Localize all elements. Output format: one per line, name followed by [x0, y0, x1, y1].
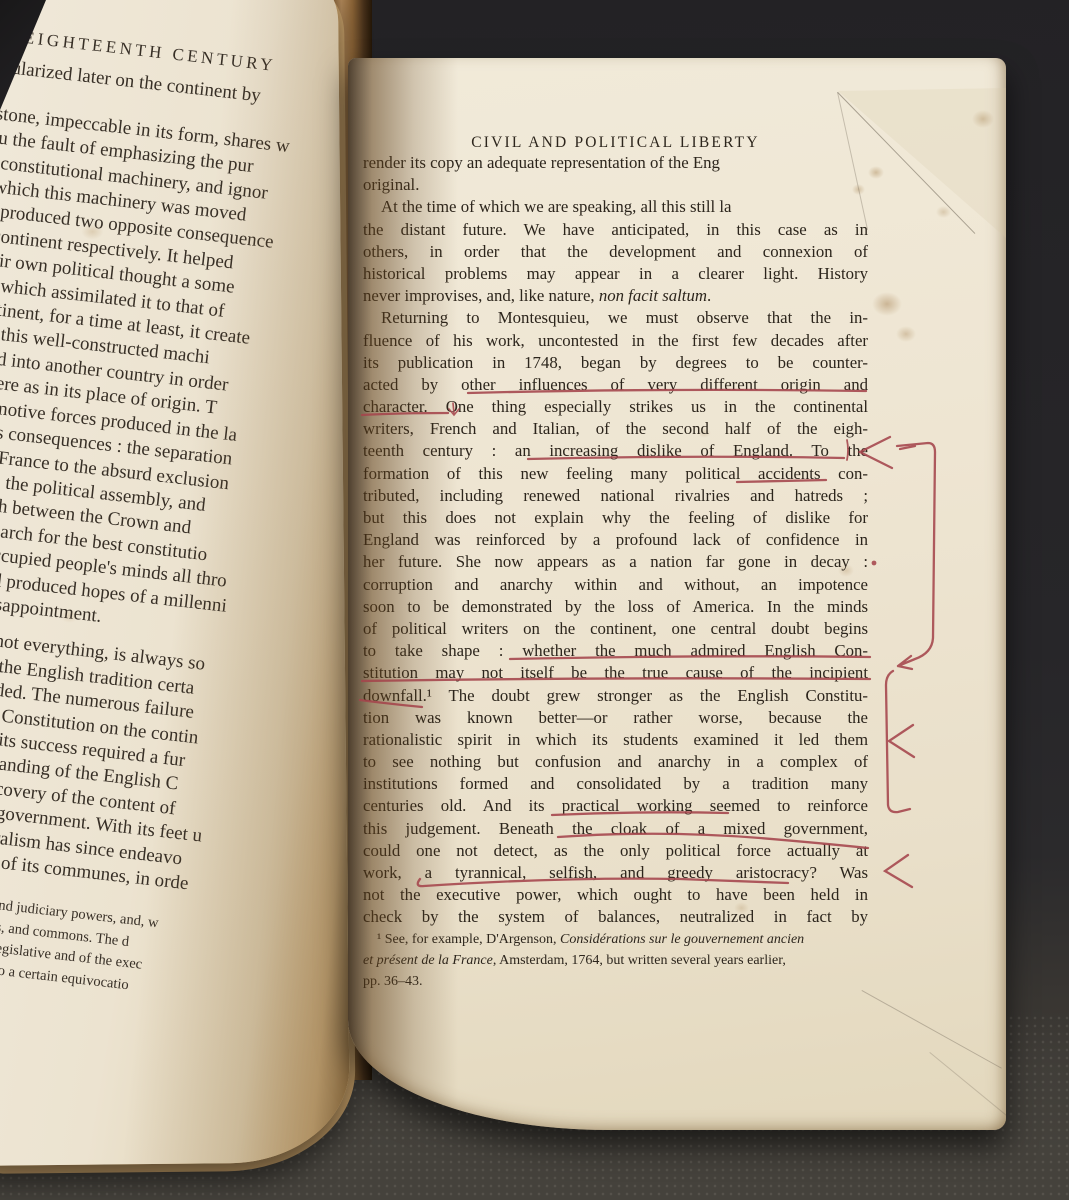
left-page-text: HE EIGHTEENTH CENTURY popularized later …	[0, 22, 350, 1038]
text-line: formation of this new feeling many polit…	[363, 463, 868, 485]
text-line: Returning to Montesquieu, we must observ…	[363, 307, 868, 329]
text-line: render its copy an adequate representati…	[363, 152, 868, 174]
text-line: character. One thing especially strikes …	[363, 396, 868, 418]
text-line: downfall.¹ The doubt grew stronger as th…	[363, 685, 868, 707]
right-footnote: ¹ See, for example, D'Argenson, Considér…	[363, 930, 868, 992]
foxing-stain	[936, 206, 951, 218]
right-page-text: render its copy an adequate representati…	[363, 152, 868, 929]
text-line: the distant future. We have anticipated,…	[363, 219, 868, 241]
text-line: check by the system of balances, neutral…	[363, 906, 868, 928]
text-line: institutions formed and consolidated by …	[363, 773, 868, 795]
text-segment: .	[707, 286, 711, 305]
text-line: its publication in 1748, began by degree…	[363, 352, 868, 374]
text-line: not the executive power, which ought to …	[363, 884, 868, 906]
text-segment: non facit saltum	[599, 286, 707, 305]
text-segment: Considérations sur le gouvernement ancie…	[560, 932, 804, 947]
text-line: centuries old. And its practical working…	[363, 795, 868, 817]
text-line: to take shape : whether the much admired…	[363, 640, 868, 662]
text-line: writers, French and Italian, of the seco…	[363, 418, 868, 440]
text-segment: never improvises, and, like nature,	[363, 286, 599, 305]
text-line: tributed, including renewed national riv…	[363, 485, 868, 507]
foxing-stain	[972, 110, 994, 128]
footnote-line: pp. 36–43.	[363, 972, 868, 993]
text-line: but this does not explain why the feelin…	[363, 507, 868, 529]
corner-crease	[929, 1052, 1006, 1117]
text-segment: , Amsterdam, 1764, but written several y…	[493, 953, 786, 968]
text-line: of political writers on the continent, o…	[363, 618, 868, 640]
right-page: CIVIL AND POLITICAL LIBERTY render its c…	[348, 58, 1006, 1130]
text-segment: et présent de la France	[363, 953, 493, 968]
text-line: stitution may not itself be the true cau…	[363, 662, 868, 684]
text-line: England was reinforced by a profound lac…	[363, 529, 868, 551]
text-line: soon to be demonstrated by the loss of A…	[363, 596, 868, 618]
text-line: historical problems may appear in a clea…	[363, 263, 868, 285]
text-line: this judgement. Beneath the cloak of a m…	[363, 818, 868, 840]
text-line: teenth century : an increasing dislike o…	[363, 440, 868, 462]
text-line: tion was known better—or rather worse, b…	[363, 707, 868, 729]
foxing-stain	[868, 166, 884, 179]
text-segment: ¹ See, for example, D'Argenson,	[377, 932, 560, 947]
footnote-line: ¹ See, for example, D'Argenson, Considér…	[363, 930, 868, 951]
text-line: corruption and anarchy within and withou…	[363, 574, 868, 596]
text-line: rationalistic spirit in which its studen…	[363, 729, 868, 751]
corner-crease	[861, 990, 1001, 1069]
foxing-stain	[872, 292, 902, 316]
text-line: her future. She now appears as a nation …	[363, 551, 868, 573]
text-line: could one not detect, as the only politi…	[363, 840, 868, 862]
text-line: others, in order that the development an…	[363, 241, 868, 263]
text-line: never improvises, and, like nature, non …	[363, 285, 868, 307]
right-running-header: CIVIL AND POLITICAL LIBERTY	[363, 134, 868, 152]
foxing-stain	[896, 326, 916, 342]
text-line: fluence of his work, uncontested in the …	[363, 330, 868, 352]
text-line: work, a tyrannical, selfish, and greedy …	[363, 862, 868, 884]
footnote-line: et présent de la France, Amsterdam, 1764…	[363, 951, 868, 972]
text-line: to see nothing but confusion and anarchy…	[363, 751, 868, 773]
left-page: HE EIGHTEENTH CENTURY popularized later …	[0, 0, 350, 1166]
text-line: acted by other influences of very differ…	[363, 374, 868, 396]
text-line: original.	[363, 174, 868, 196]
photo-of-open-book: HE EIGHTEENTH CENTURY popularized later …	[0, 0, 1069, 1200]
text-line: At the time of which we are speaking, al…	[363, 196, 868, 218]
